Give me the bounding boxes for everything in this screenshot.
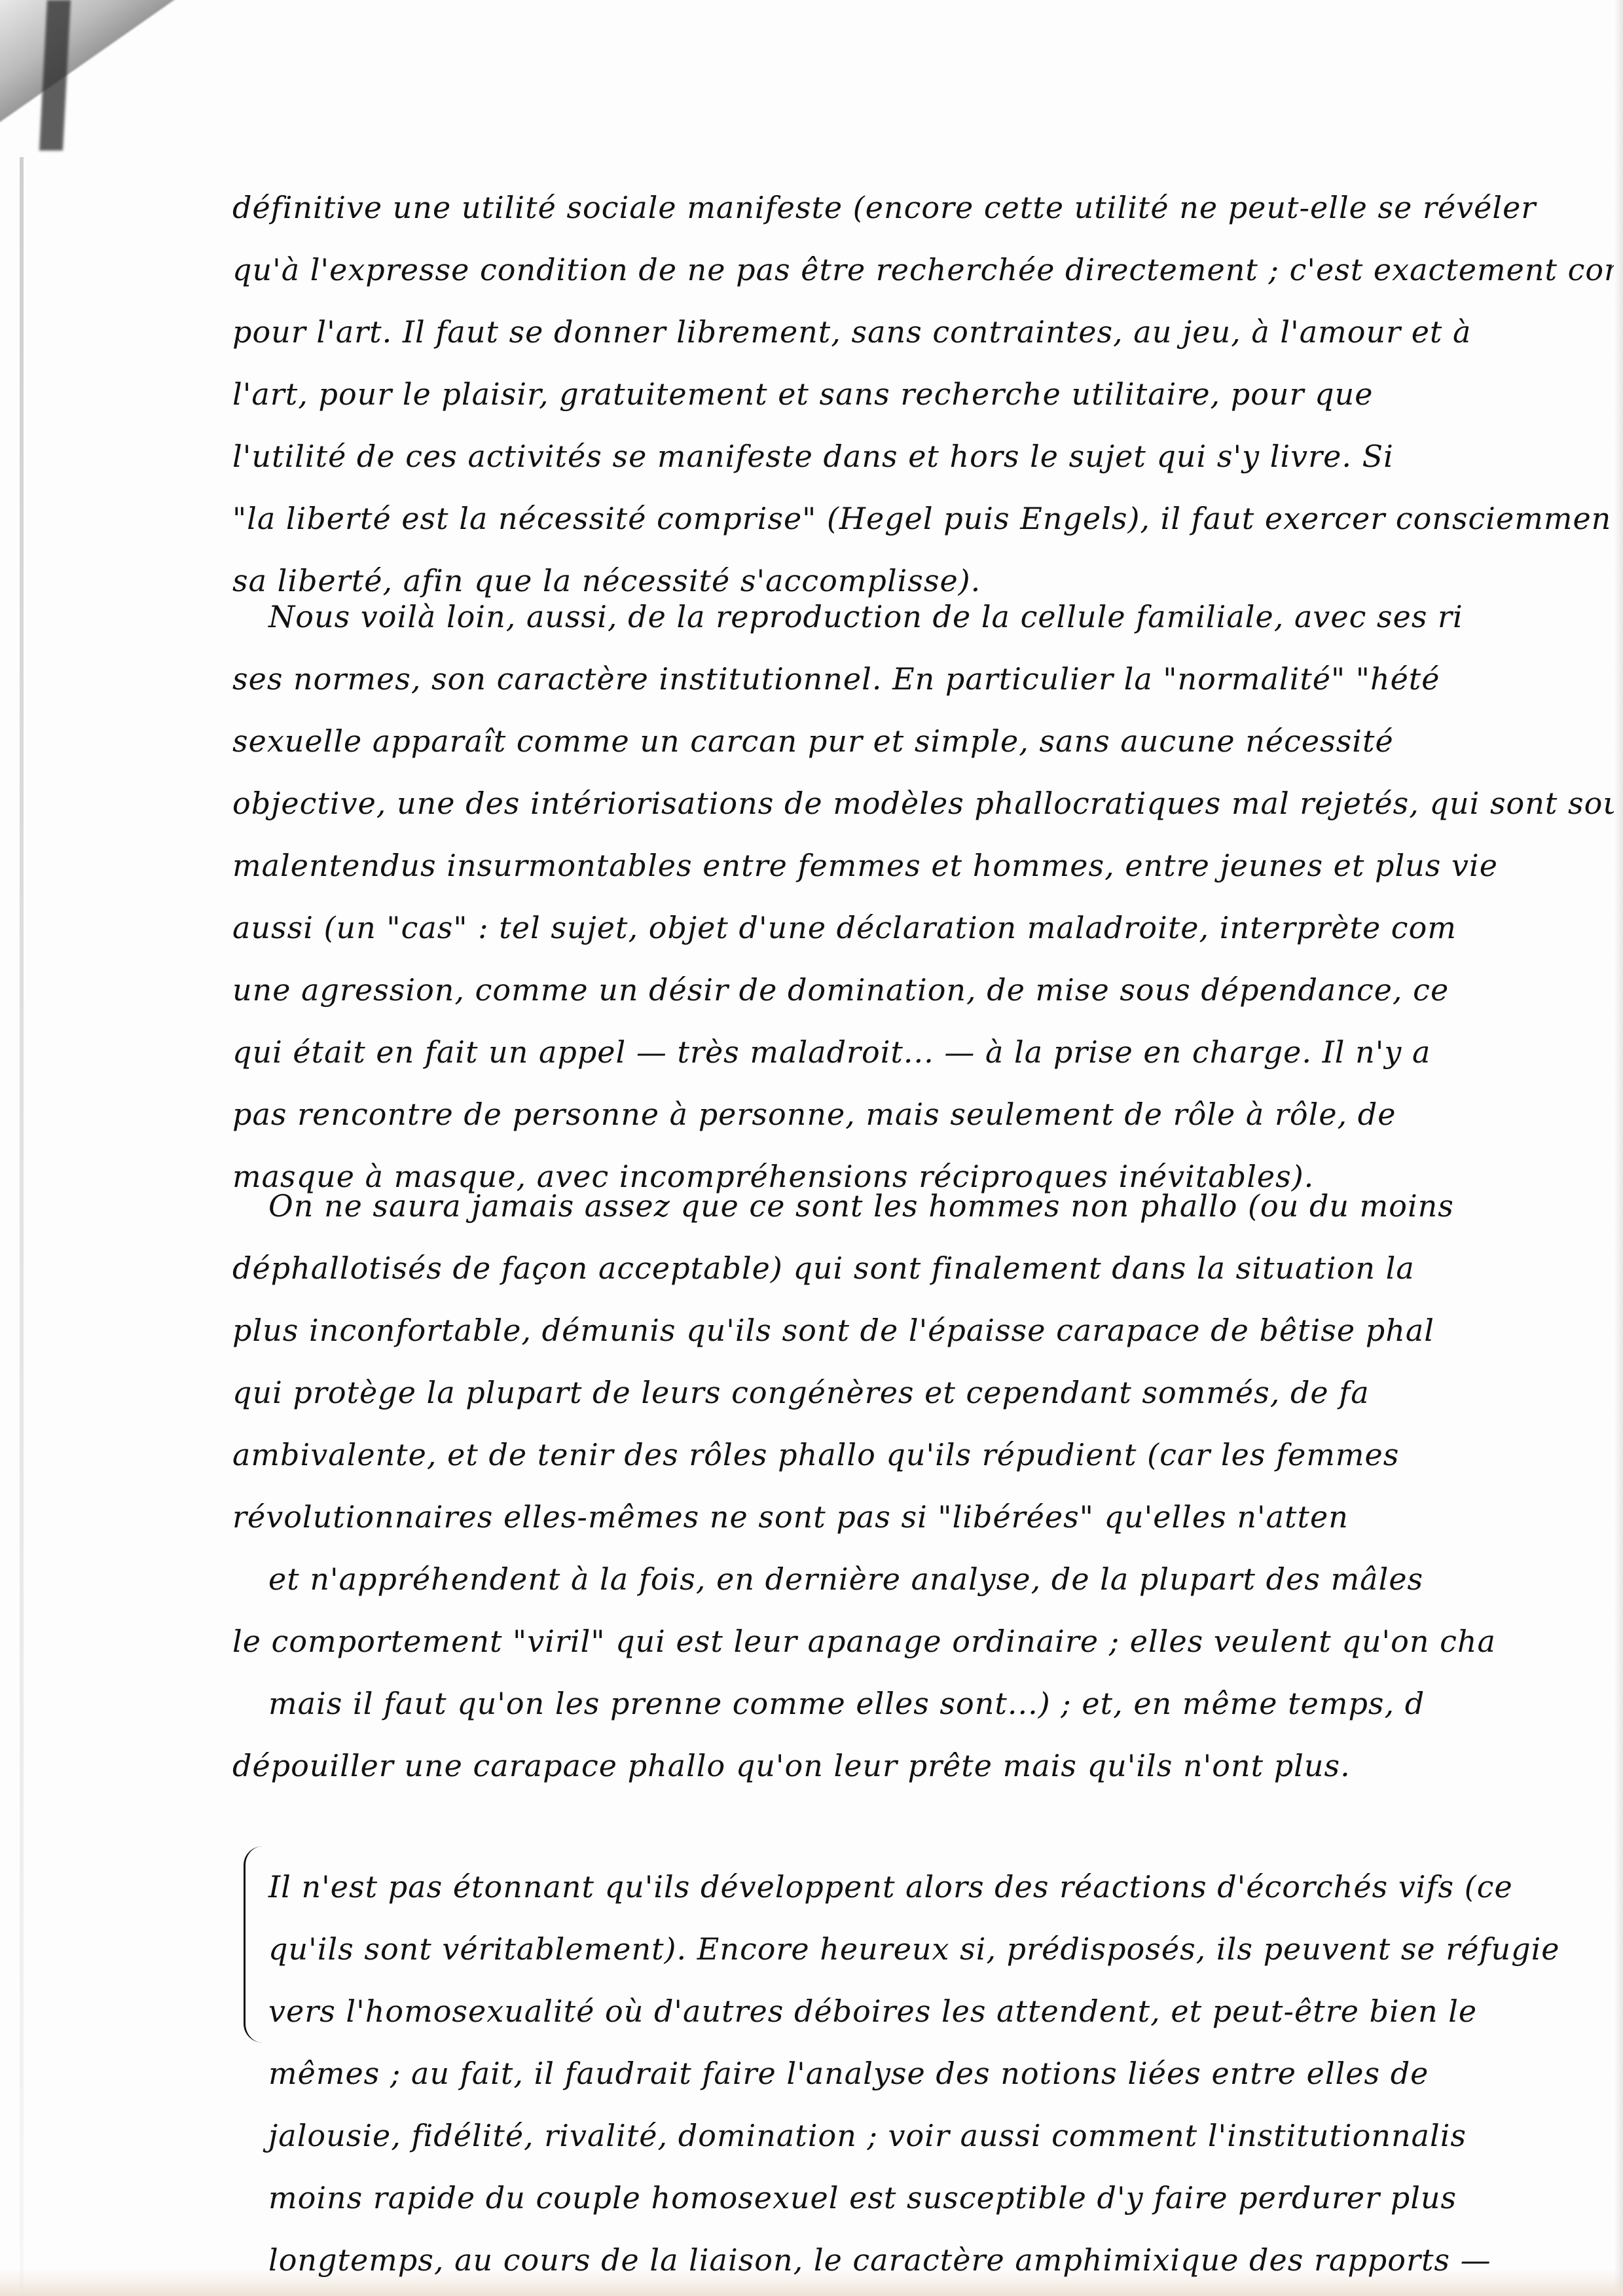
text-line: et n'appréhendent à la fois, en dernière… bbox=[232, 1548, 1614, 1611]
text-line: Il n'est pas étonnant qu'ils développent… bbox=[232, 1856, 1614, 1918]
text-line: révolutionnaires elles-mêmes ne sont pas… bbox=[232, 1486, 1614, 1548]
text-line: ambivalente, et de tenir des rôles phall… bbox=[232, 1424, 1614, 1486]
text-line: On ne saura jamais assez que ce sont les… bbox=[232, 1175, 1614, 1237]
scan-corner-artifact bbox=[0, 0, 210, 170]
text-line: "la liberté est la nécessité comprise" (… bbox=[232, 488, 1614, 550]
text-line: pas rencontre de personne à personne, ma… bbox=[232, 1084, 1614, 1146]
paragraph-3: On ne saura jamais assez que ce sont les… bbox=[232, 1175, 1614, 1797]
text-line: sexuelle apparaît comme un carcan pur et… bbox=[232, 710, 1614, 773]
text-line: une agression, comme un désir de dominat… bbox=[232, 959, 1614, 1021]
text-line: vers l'homosexualité où d'autres déboire… bbox=[232, 1980, 1614, 2043]
text-line: l'utilité de ces activités se manifeste … bbox=[232, 426, 1614, 488]
text-line: malentendus insurmontables entre femmes … bbox=[232, 835, 1614, 897]
text-line: mêmes ; au fait, il faudrait faire l'ana… bbox=[232, 2043, 1614, 2105]
text-line: déphallotisés de façon acceptable) qui s… bbox=[232, 1237, 1614, 1300]
text-line: ses normes, son caractère institutionnel… bbox=[232, 648, 1614, 710]
text-line: l'art, pour le plaisir, gratuitement et … bbox=[232, 363, 1614, 426]
text-line: dépouiller une carapace phallo qu'on leu… bbox=[232, 1735, 1614, 1797]
text-line: qu'à l'expresse condition de ne pas être… bbox=[232, 239, 1614, 301]
page-right-edge bbox=[1614, 0, 1623, 2296]
text-line: pour l'art. Il faut se donner librement,… bbox=[232, 301, 1614, 363]
scanned-page: définitive une utilité sociale manifeste… bbox=[0, 0, 1623, 2296]
paragraph-1: définitive une utilité sociale manifeste… bbox=[232, 177, 1614, 612]
text-line: moins rapide du couple homosexuel est su… bbox=[232, 2167, 1614, 2229]
text-line: le comportement "viril" qui est leur apa… bbox=[232, 1611, 1614, 1673]
text-line: plus inconfortable, démunis qu'ils sont … bbox=[232, 1300, 1614, 1362]
text-line: Nous voilà loin, aussi, de la reproducti… bbox=[232, 586, 1614, 648]
text-line: mais il faut qu'on les prenne comme elle… bbox=[232, 1673, 1614, 1735]
page-left-edge bbox=[20, 157, 24, 2296]
text-line: jalousie, fidélité, rivalité, domination… bbox=[232, 2105, 1614, 2167]
text-line: aussi (un "cas" : tel sujet, objet d'une… bbox=[232, 897, 1614, 959]
paragraph-2: Nous voilà loin, aussi, de la reproducti… bbox=[232, 586, 1614, 1208]
text-line: définitive une utilité sociale manifeste… bbox=[232, 177, 1614, 239]
text-line: qui protège la plupart de leurs congénèr… bbox=[232, 1362, 1614, 1424]
paragraph-4: Il n'est pas étonnant qu'ils développent… bbox=[232, 1856, 1614, 2291]
text-line: longtemps, au cours de la liaison, le ca… bbox=[232, 2229, 1614, 2291]
text-line: qui était en fait un appel — très maladr… bbox=[232, 1021, 1614, 1084]
text-line: objective, une des intériorisations de m… bbox=[232, 773, 1614, 835]
text-line: qu'ils sont véritablement). Encore heure… bbox=[232, 1918, 1614, 1980]
